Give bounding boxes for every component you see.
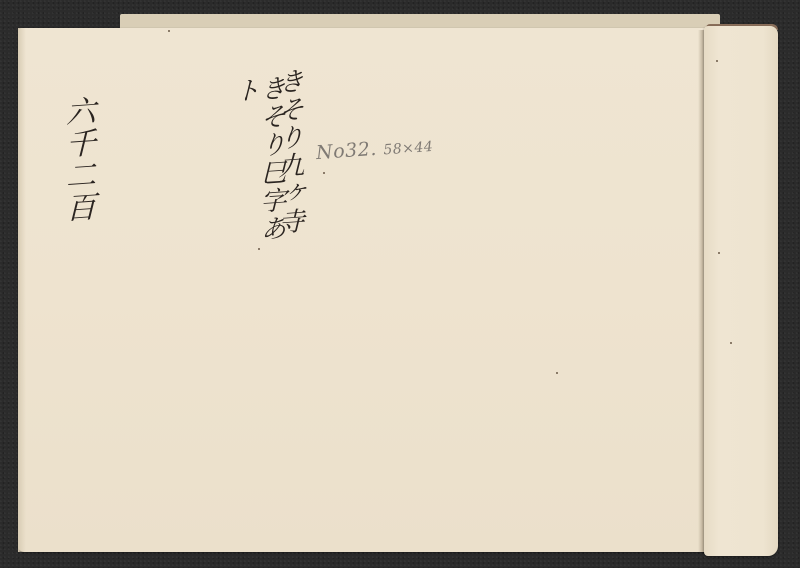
folded-flap [704, 26, 778, 556]
ink-speck [258, 248, 260, 250]
ink-speck [323, 172, 325, 174]
manuscript-page [18, 28, 708, 552]
calligraphy-column-middle: きそり巳字あト [232, 74, 284, 263]
paper-speck [556, 372, 558, 374]
catalog-dimensions: 58×44 [383, 139, 434, 158]
calligraphy-column-left: 六千二百 [62, 95, 92, 237]
paper-speck [730, 342, 732, 344]
paper-speck [168, 30, 170, 32]
paper-speck [716, 60, 718, 62]
paper-speck [718, 252, 720, 254]
catalog-number: No32. [315, 138, 377, 164]
